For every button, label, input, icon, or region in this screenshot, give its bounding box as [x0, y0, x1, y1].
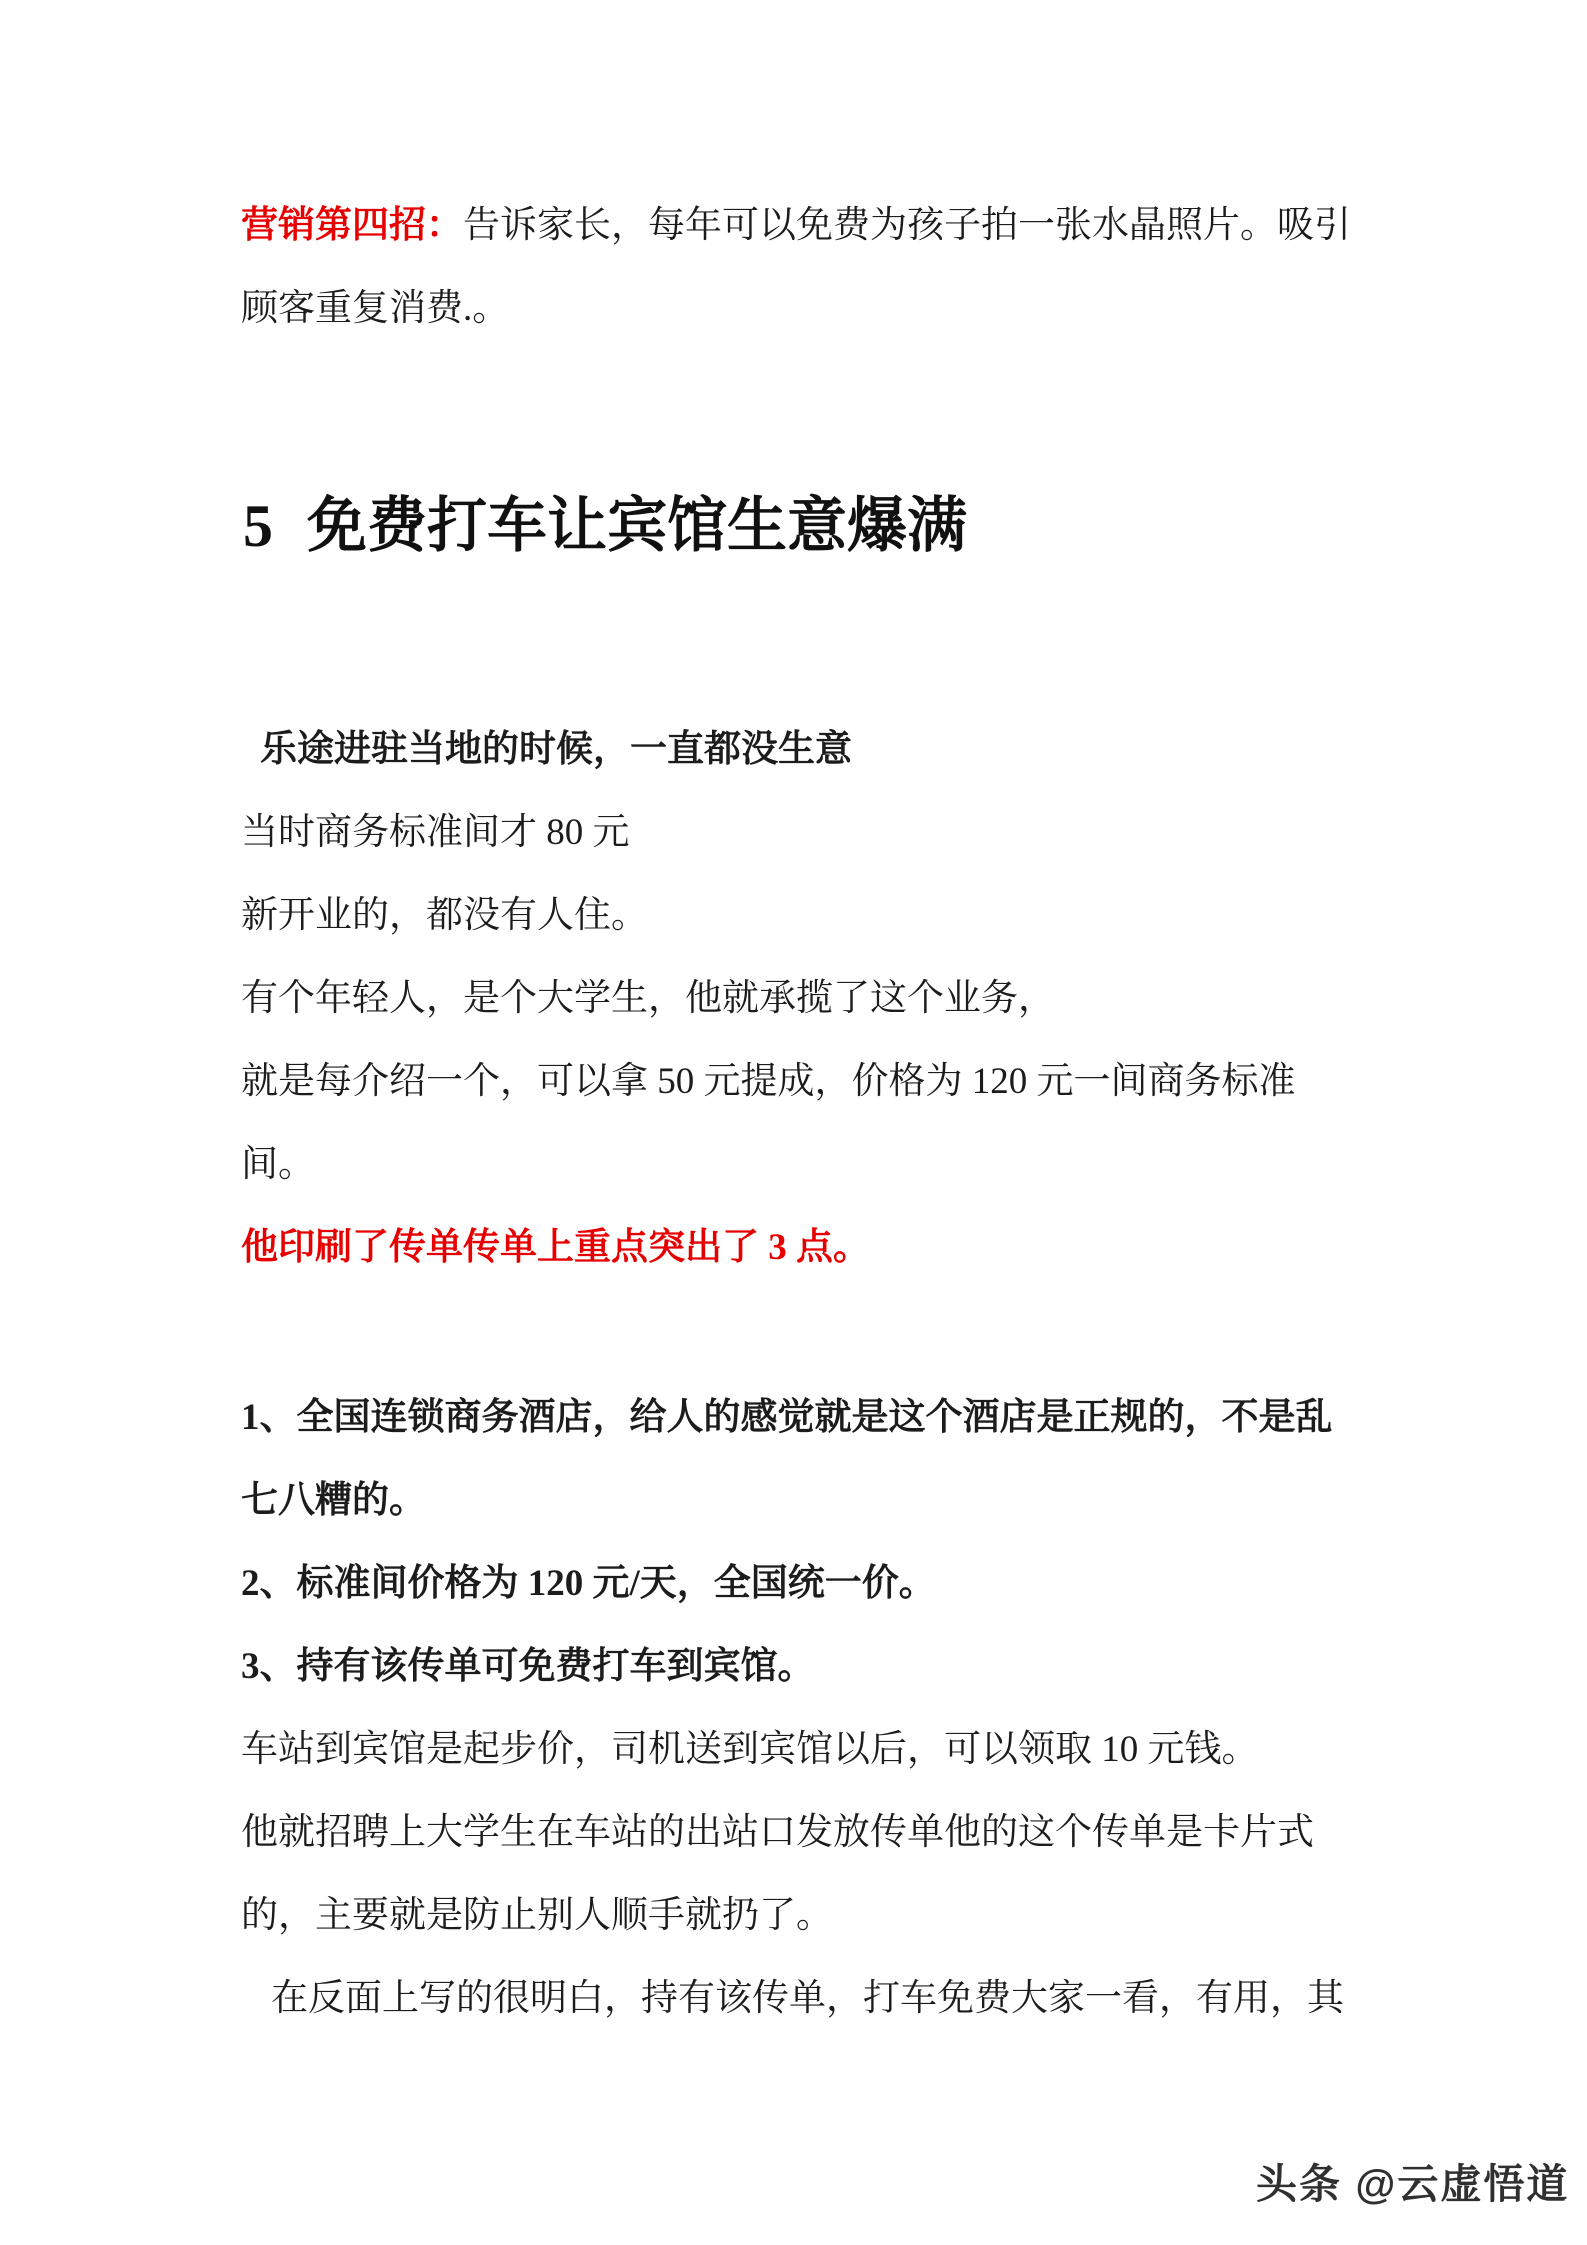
chapter-number: 5 [243, 493, 273, 559]
point-line: 在反面上写的很明白，持有该传单，打车免费大家一看，有用，其 [241, 1957, 1344, 2040]
story-line: 间。 [241, 1123, 1296, 1206]
story-line: 新开业的，都没有人住。 [241, 874, 1296, 957]
toutiao-watermark: 头条 @云虚悟道 [1256, 2158, 1569, 2210]
points-paragraph: 1、全国连锁商务酒店，给人的感觉就是这个酒店是正规的，不是乱 七八糟的。 2、标… [241, 1376, 1344, 2040]
story-line: 当时商务标准间才 80 元 [241, 791, 1296, 874]
story-line: 就是每介绍一个，可以拿 50 元提成，价格为 120 元一间商务标准 [241, 1040, 1296, 1123]
story-line: 有个年轻人，是个大学生，他就承揽了这个业务， [241, 957, 1296, 1040]
document-page: 营销第四招：告诉家长，每年可以免费为孩子拍一张水晶照片。吸引 顾客重复消费.。 … [0, 0, 1587, 2245]
point-line: 的，主要就是防止别人顺手就扔了。 [241, 1874, 1344, 1957]
chapter-title: 免费打车让宾馆生意爆满 [307, 493, 967, 559]
point-line: 3、持有该传单可免费打车到宾馆。 [241, 1625, 1344, 1708]
intro-highlight: 营销第四招： [241, 205, 463, 246]
story-line: 乐途进驻当地的时候，一直都没生意 [241, 708, 1296, 791]
point-line: 2、标准间价格为 120 元/天，全国统一价。 [241, 1542, 1344, 1625]
intro-paragraph: 营销第四招：告诉家长，每年可以免费为孩子拍一张水晶照片。吸引 顾客重复消费.。 [241, 184, 1351, 350]
intro-line-2: 顾客重复消费.。 [241, 267, 1351, 350]
point-line: 七八糟的。 [241, 1459, 1344, 1542]
point-line: 1、全国连锁商务酒店，给人的感觉就是这个酒店是正规的，不是乱 [241, 1376, 1344, 1459]
intro-line-1-rest: 告诉家长，每年可以免费为孩子拍一张水晶照片。吸引 [463, 205, 1351, 246]
point-line: 车站到宾馆是起步价，司机送到宾馆以后，可以领取 10 元钱。 [241, 1708, 1344, 1791]
story-highlight-line: 他印刷了传单传单上重点突出了 3 点。 [241, 1206, 1296, 1289]
story-paragraph: 乐途进驻当地的时候，一直都没生意 当时商务标准间才 80 元 新开业的，都没有人… [241, 708, 1296, 1289]
intro-line-1: 营销第四招：告诉家长，每年可以免费为孩子拍一张水晶照片。吸引 [241, 184, 1351, 267]
chapter-heading: 5免费打车让宾馆生意爆满 [243, 486, 967, 566]
point-line: 他就招聘上大学生在车站的出站口发放传单他的这个传单是卡片式 [241, 1791, 1344, 1874]
